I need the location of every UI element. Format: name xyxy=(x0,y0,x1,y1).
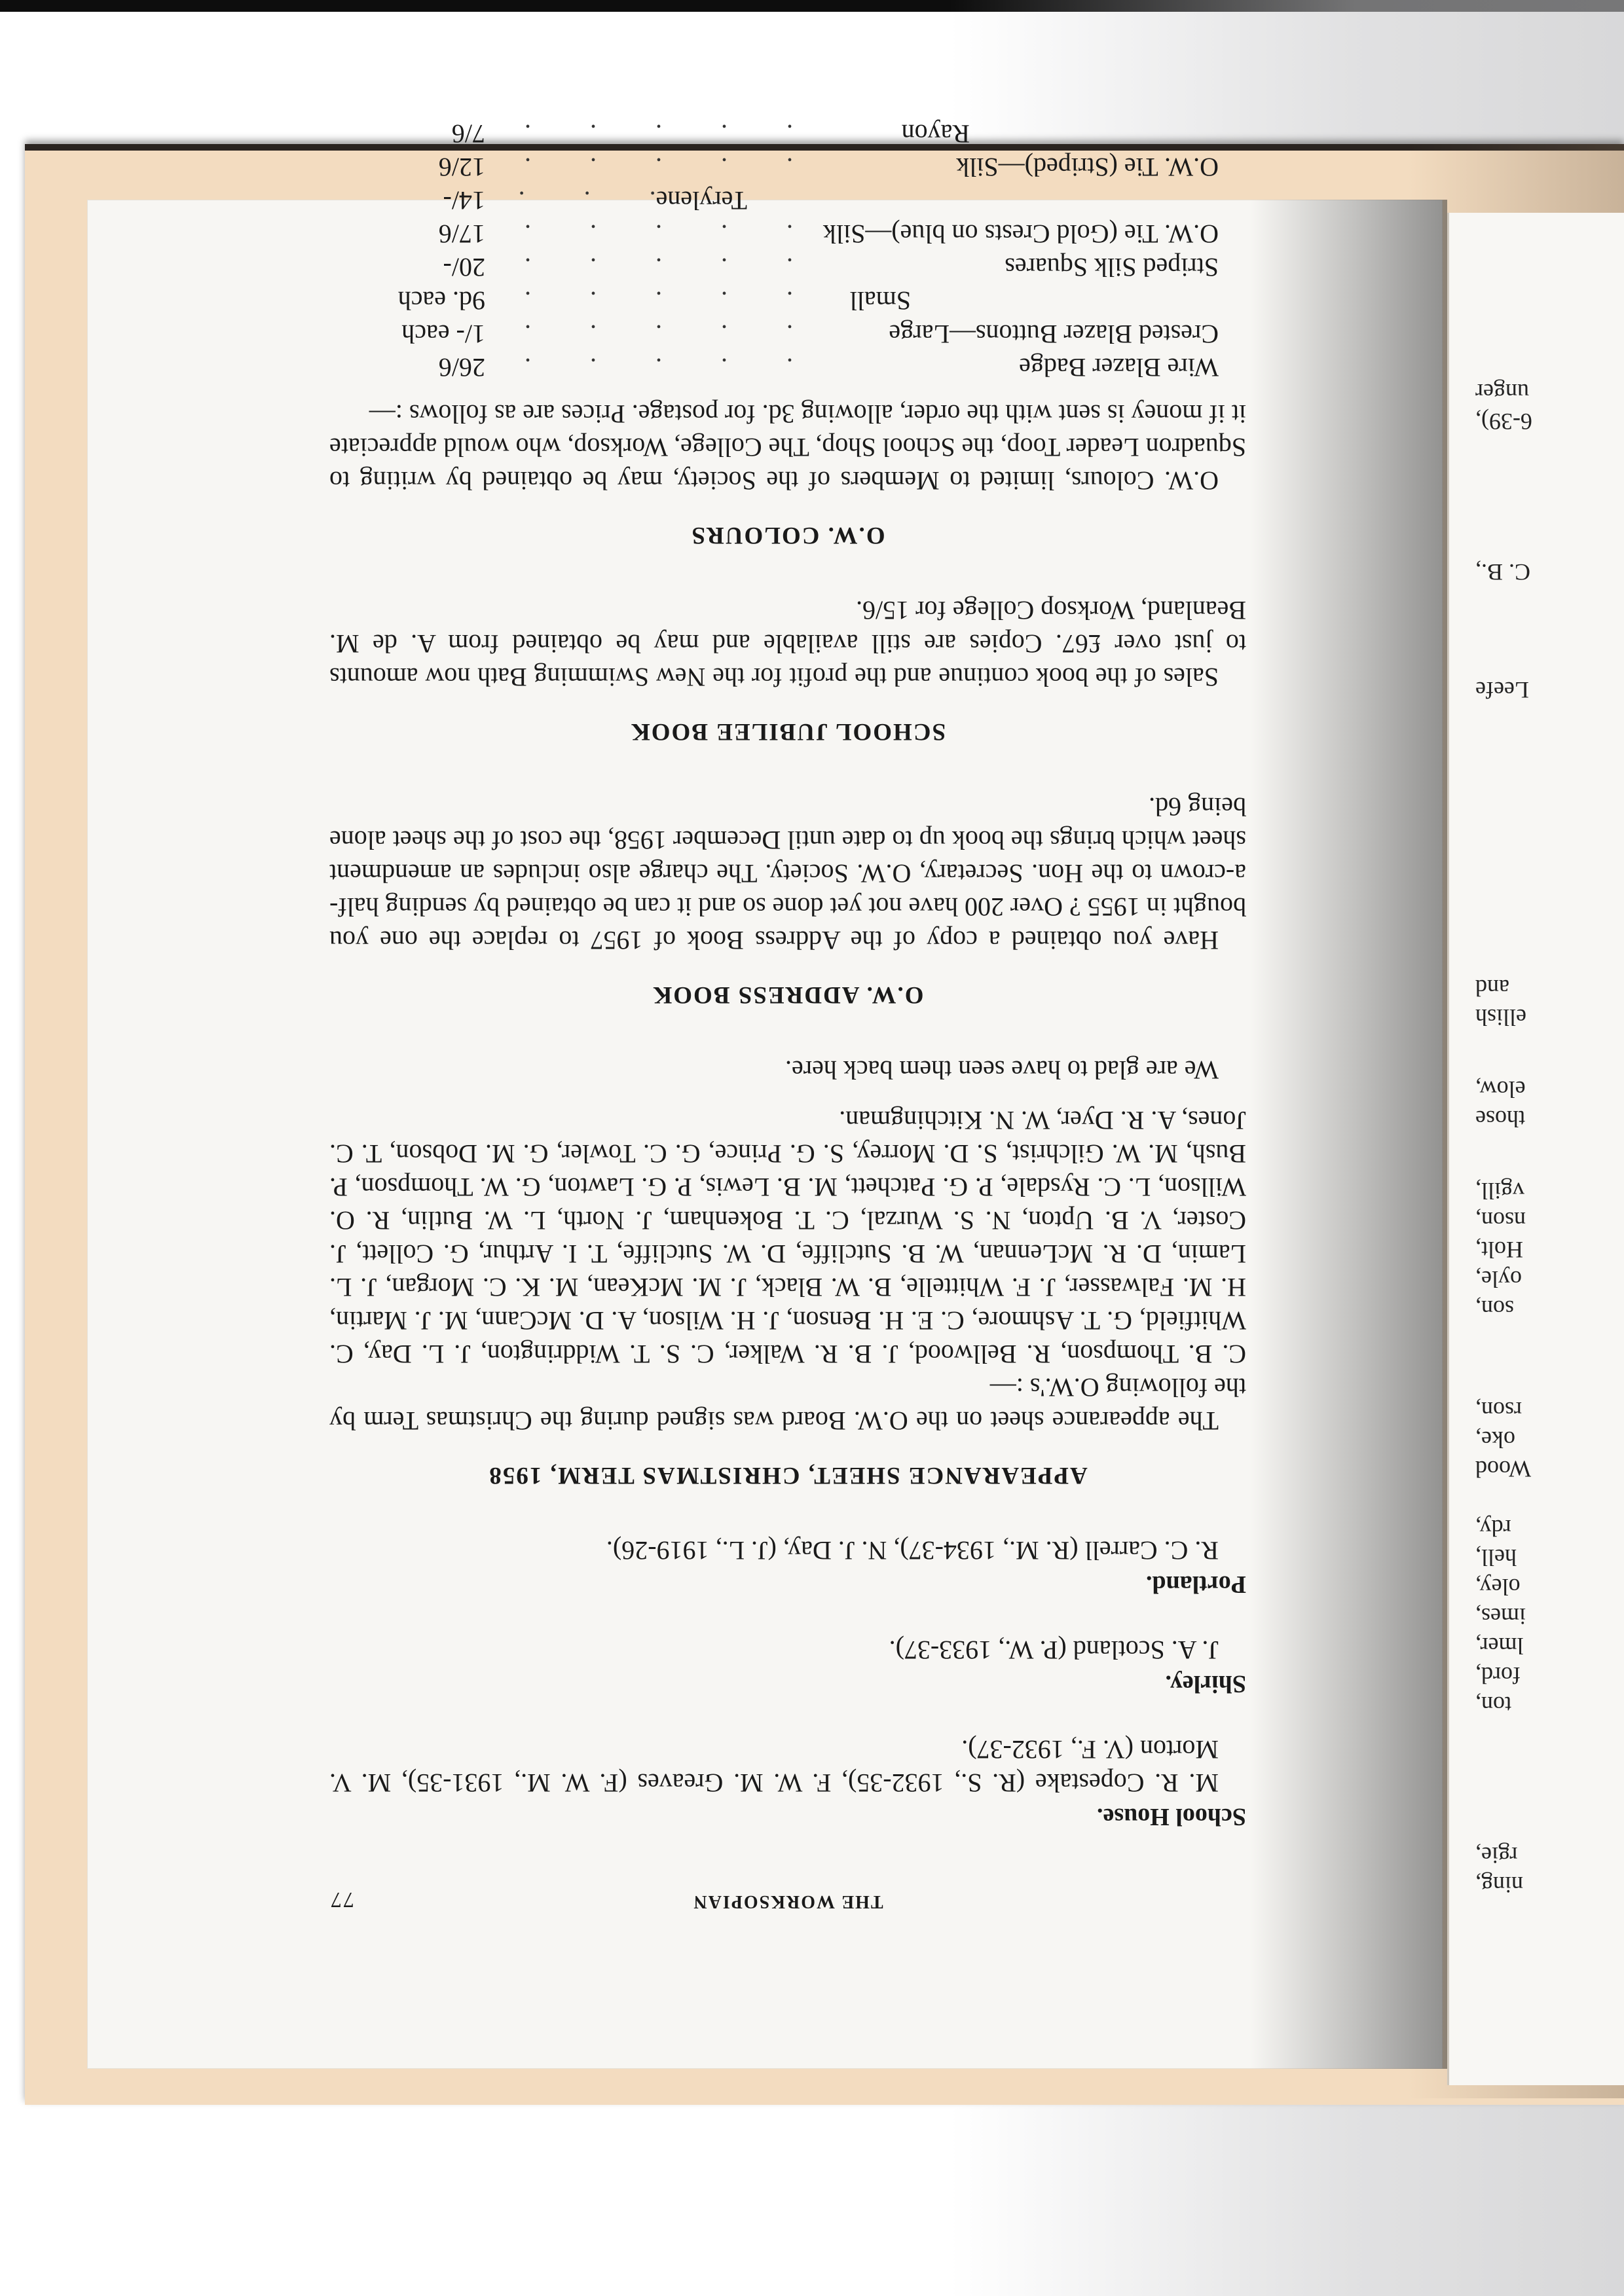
house-label: Shirley. xyxy=(329,1667,1246,1700)
facing-fragment: vgill, xyxy=(1475,1177,1524,1205)
price-item: Striped Silk Squares xyxy=(1005,251,1219,284)
appearance-sheet-section: APPEARANCE SHEET, CHRISTMAS TERM, 1958 T… xyxy=(329,1053,1246,1492)
running-head: THE WORKSOPIAN 77 xyxy=(329,1886,1246,1912)
price-item: O.W. Tie (Striped)—Silk xyxy=(956,151,1219,184)
price-value: 20/- xyxy=(354,251,485,284)
section-heading: SCHOOL JUBILEE BOOK xyxy=(329,715,1246,748)
address-book-section: O.W. ADDRESS BOOK Have you obtained a co… xyxy=(329,790,1246,1011)
facing-fragment: ford, xyxy=(1475,1662,1521,1689)
house-label: Portland. xyxy=(329,1567,1246,1601)
price-value: 12/6 xyxy=(354,151,485,184)
facing-fragment: lmer, xyxy=(1475,1632,1524,1660)
facing-fragment: ellish xyxy=(1475,1004,1526,1031)
price-value: 9d. each xyxy=(354,284,485,318)
price-value: 14/- xyxy=(354,184,485,217)
leader-dots: . . . . . xyxy=(485,217,823,251)
jubilee-book-section: SCHOOL JUBILEE BOOK Sales of the book co… xyxy=(329,594,1246,748)
price-row: Crested Blazer Buttons—Large . . . . . 1… xyxy=(354,318,1219,351)
facing-fragment: oley, xyxy=(1475,1573,1521,1601)
price-row: Small . . . . . 9d. each xyxy=(354,284,1219,318)
facing-fragment: elow, xyxy=(1475,1076,1526,1103)
price-value: 7/6 xyxy=(354,117,485,151)
body-text: School House. M. R. Copestake (R. S., 19… xyxy=(329,117,1246,1833)
leader-dots: . . . . . xyxy=(485,151,956,184)
price-row: Striped Silk Squares . . . . . 20/- xyxy=(354,251,1219,284)
price-value: 1/- each xyxy=(354,318,485,351)
facing-fragment: nson, xyxy=(1475,1207,1526,1234)
facing-fragment: rson, xyxy=(1475,1396,1522,1424)
house-label: School House. xyxy=(329,1800,1246,1833)
leader-dots: . . . . . xyxy=(485,351,1019,384)
facing-fragment: ton, xyxy=(1475,1691,1511,1719)
facing-fragment: oyle, xyxy=(1475,1266,1522,1293)
price-row: O.W. Tie (Striped)—Silk . . . . . 12/6 xyxy=(354,151,1219,184)
facing-fragment: imes, xyxy=(1475,1603,1526,1630)
price-item: Rayon xyxy=(902,117,1219,151)
facing-fragment: rdy, xyxy=(1475,1514,1511,1542)
house-entry: M. R. Copestake (R. S., 1932-35), F. W. … xyxy=(329,1733,1219,1800)
jubilee-book-body: Sales of the book continue and the profi… xyxy=(329,594,1246,694)
facing-page: Leefe C. B., 6-39), unger ellish and elo… xyxy=(1447,213,1624,2085)
publication-title: THE WORKSOPIAN xyxy=(329,1891,1246,1912)
facing-fragment: hell, xyxy=(1475,1544,1517,1571)
price-row: Terylene . . . . . 14/- xyxy=(354,184,1219,217)
facing-fragment: oke, xyxy=(1475,1426,1515,1453)
price-row: O.W. Tie (Gold Crests on blue)—Silk . . … xyxy=(354,217,1219,251)
section-heading: APPEARANCE SHEET, CHRISTMAS TERM, 1958 xyxy=(329,1459,1246,1492)
house-portland: Portland. R. C. Carrell (R. M., 1934-37)… xyxy=(329,1534,1246,1601)
section-heading: O.W. COLOURS xyxy=(329,519,1246,552)
price-item: O.W. Tie (Gold Crests on blue)—Silk xyxy=(823,217,1219,251)
price-value: 26/6 xyxy=(354,351,485,384)
facing-fragment: Holt, xyxy=(1475,1236,1523,1264)
facing-fragment: ning, xyxy=(1475,1871,1523,1899)
appearance-closing: We are glad to have seen them back here. xyxy=(329,1053,1246,1087)
price-row: Wire Blazer Badge . . . . . 26/6 xyxy=(354,351,1219,384)
house-entry: R. C. Carrell (R. M., 1934-37), N. J. Da… xyxy=(329,1534,1219,1567)
facing-fragment: son, xyxy=(1475,1295,1514,1322)
price-row: Rayon . . . . . 7/6 xyxy=(354,117,1219,151)
facing-fragment: rgie, xyxy=(1475,1842,1517,1869)
house-entry: J. A. Scotland (P. W., 1933-37). xyxy=(329,1633,1219,1667)
price-list: Wire Blazer Badge . . . . . 26/6 Crested… xyxy=(354,117,1219,384)
colours-body: O.W. Colours, limited to Members of the … xyxy=(329,397,1246,498)
section-heading: O.W. ADDRESS BOOK xyxy=(329,978,1246,1011)
facing-fragment: unger xyxy=(1475,378,1529,406)
facing-fragment: Wood xyxy=(1475,1455,1531,1483)
house-school: School House. M. R. Copestake (R. S., 19… xyxy=(329,1733,1246,1833)
price-item: Small xyxy=(850,284,1219,318)
leader-dots: . . . . . xyxy=(485,284,850,318)
facing-fragment: those xyxy=(1475,1105,1525,1133)
facing-page-text: Leefe C. B., 6-39), unger ellish and elo… xyxy=(1449,213,1624,2085)
leader-dots: . . . . . xyxy=(485,251,1005,284)
address-book-body: Have you obtained a copy of the Address … xyxy=(329,790,1246,957)
appearance-names: C. B. Thompson, R. Bellwood, J. B. R. Wa… xyxy=(329,1104,1246,1371)
price-item: Crested Blazer Buttons—Large xyxy=(889,318,1219,351)
price-value: 17/6 xyxy=(354,217,485,251)
price-item: Terylene xyxy=(656,184,1219,217)
facing-fragment: Leefe xyxy=(1475,676,1529,704)
house-shirley: Shirley. J. A. Scotland (P. W., 1933-37)… xyxy=(329,1633,1246,1700)
leader-dots: . . . . . xyxy=(485,117,902,151)
facing-fragment: C. B., xyxy=(1475,558,1530,586)
facing-fragment: 6-39), xyxy=(1475,408,1532,435)
leader-dots: . . . . . xyxy=(485,318,889,351)
facing-fragment: and xyxy=(1475,974,1509,1002)
colours-section: O.W. COLOURS O.W. Colours, limited to Me… xyxy=(329,117,1246,552)
appearance-intro: The appearance sheet on the O.W. Board w… xyxy=(329,1371,1246,1438)
price-item: Wire Blazer Badge xyxy=(1019,351,1219,384)
magazine-page: THE WORKSOPIAN 77 School House. M. R. Co… xyxy=(87,200,1443,2069)
page-content-rotated: THE WORKSOPIAN 77 School House. M. R. Co… xyxy=(87,200,1443,2069)
leader-dots: . . . . . xyxy=(485,184,656,217)
page-number: 77 xyxy=(329,1887,354,1912)
